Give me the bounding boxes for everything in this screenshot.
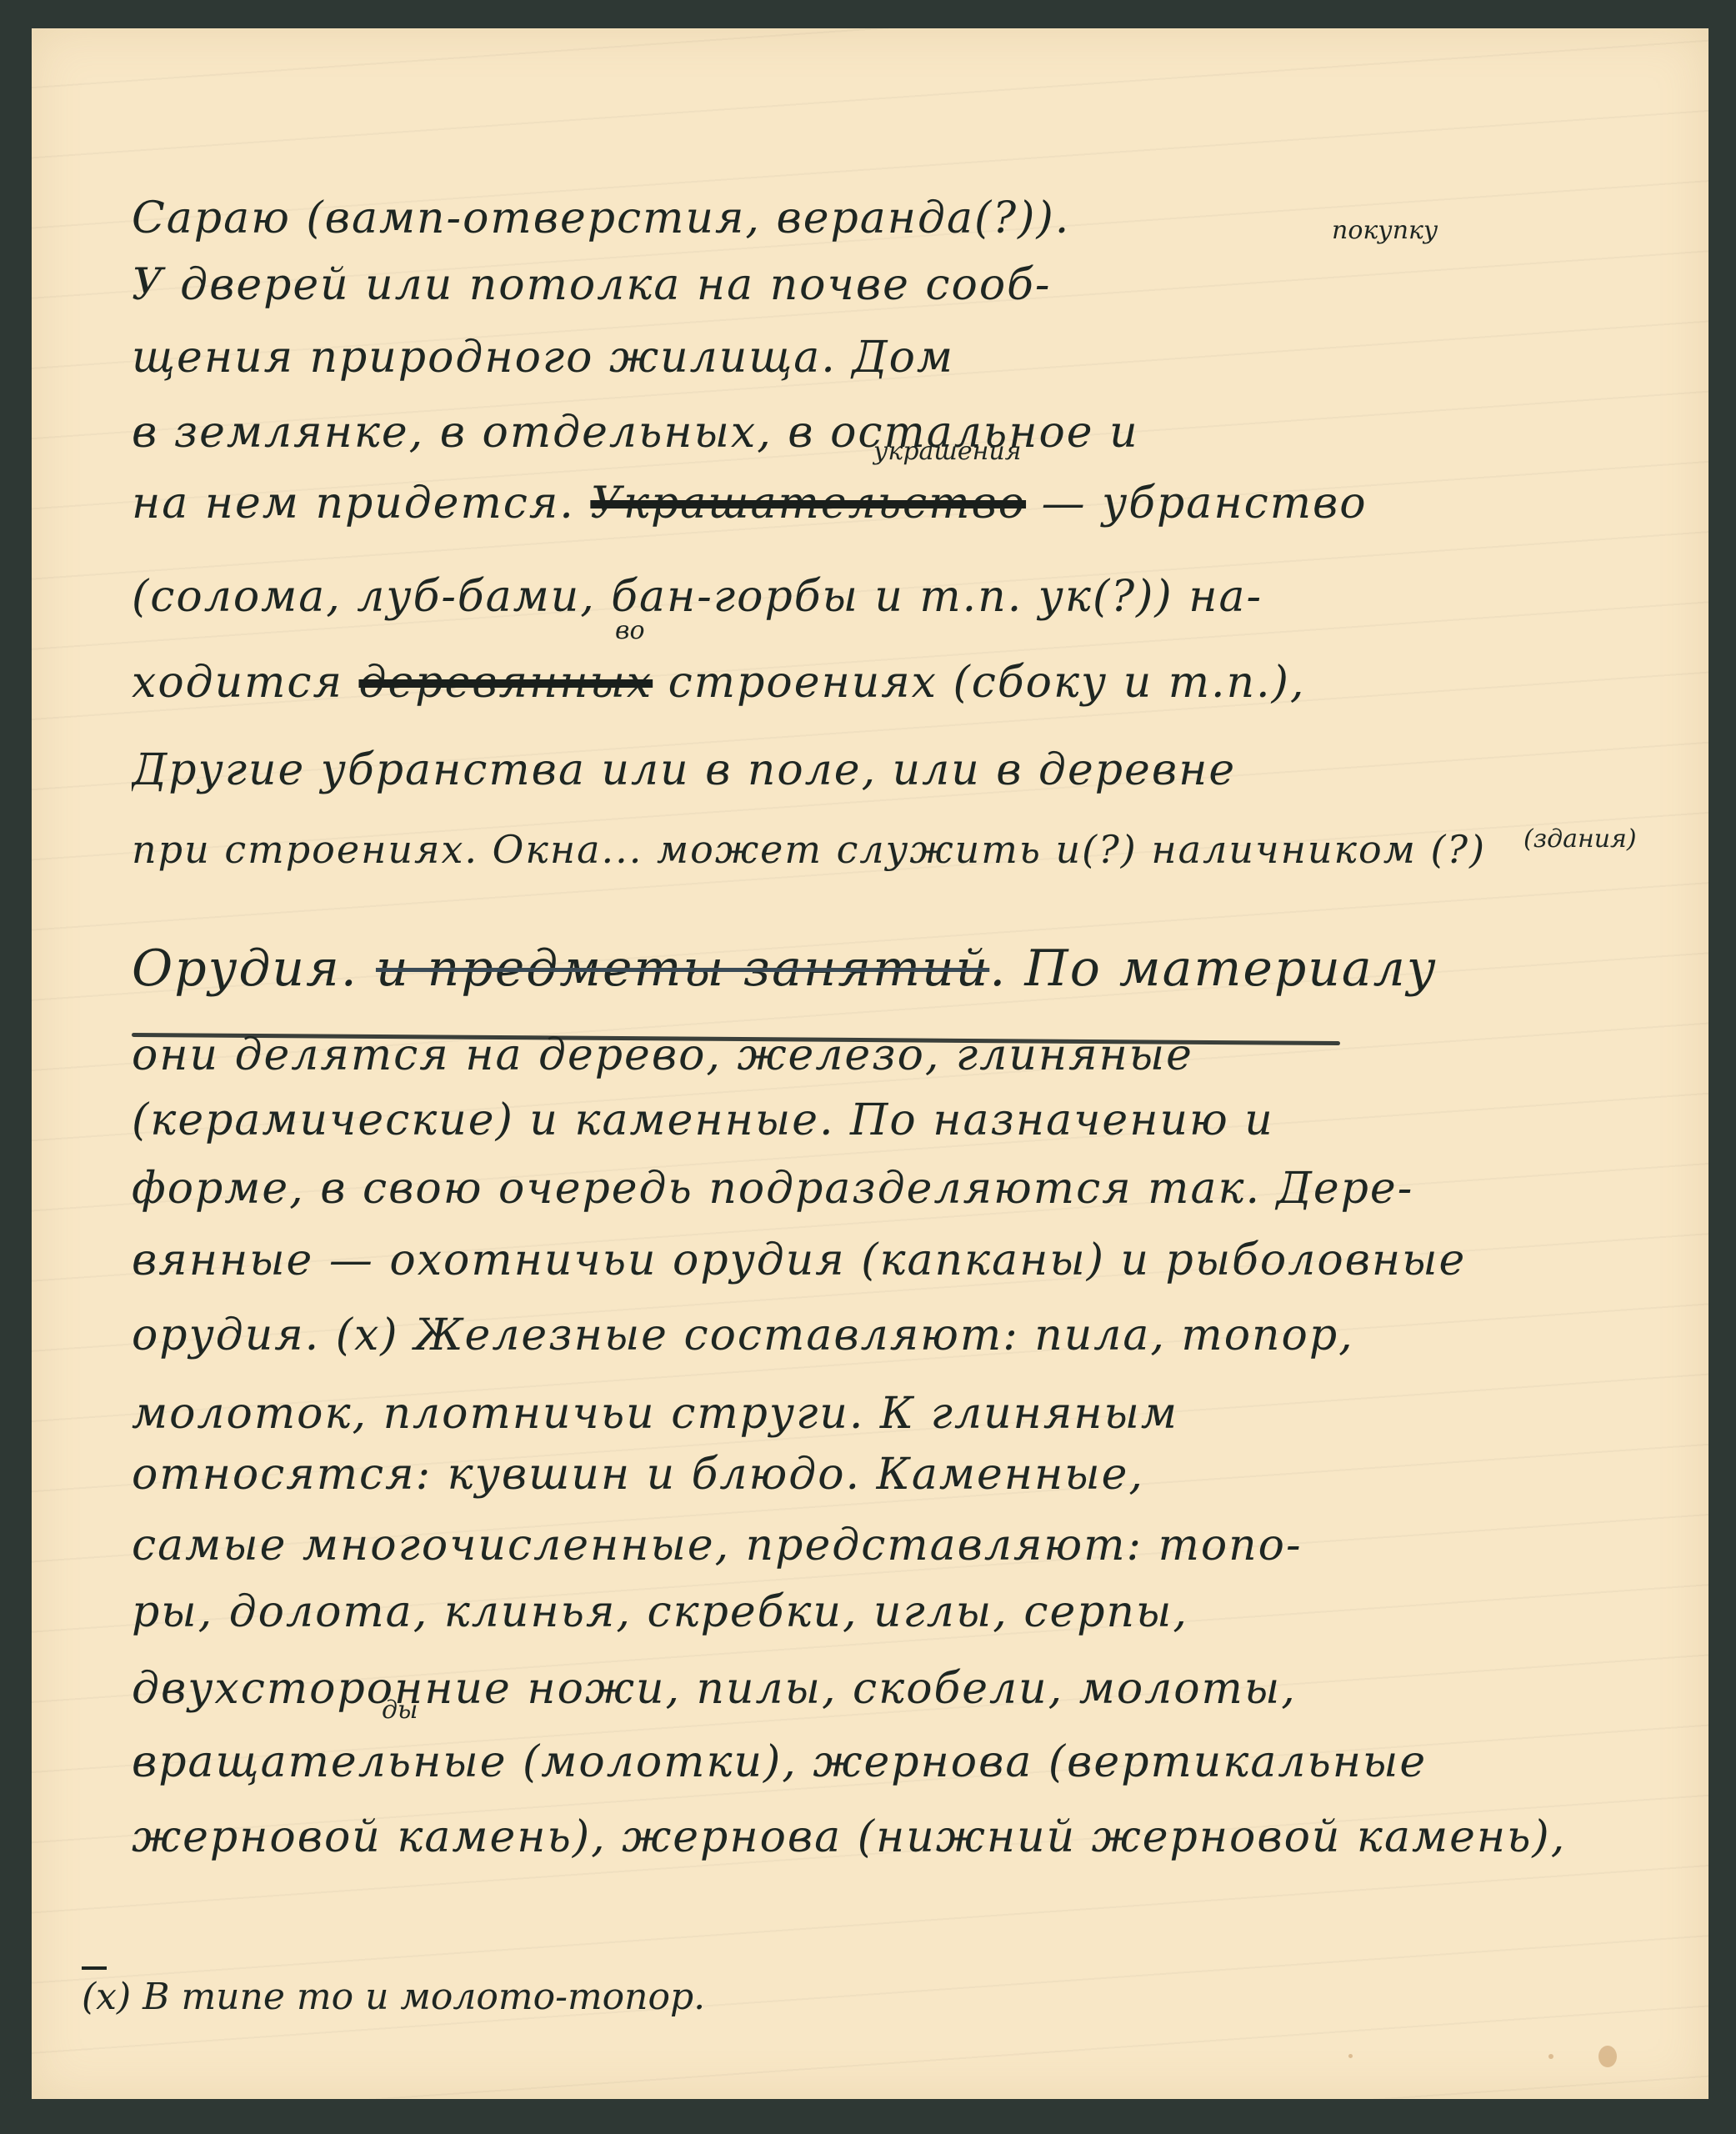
manuscript-line-21: вращательные (молотки), жернова (вертика… — [132, 1729, 1675, 1796]
ink-speck — [1548, 2054, 1553, 2059]
manuscript-line-19: ры, долота, клинья, скребки, иглы, серпы… — [132, 1579, 1675, 1646]
manuscript-line-9: при строениях. Окна... может служить и(?… — [132, 816, 1675, 883]
manuscript-line-15: орудия. (х) Железные составляют: пила, т… — [132, 1302, 1675, 1369]
footnote-rule — [82, 1966, 107, 1970]
struck-text: Украшательство — [590, 478, 1026, 528]
manuscript-page: Сараю (вамп-отверстия, веранда(?)). поку… — [32, 28, 1708, 2099]
manuscript-line-16: молоток, плотничьи струги. К глиняным — [132, 1380, 1675, 1447]
line-text: вянные — охотничьи орудия (капканы) и ры… — [132, 1235, 1466, 1285]
line-text: (керамические) и каменные. По назначению… — [132, 1095, 1274, 1145]
interlinear-insertion: покупку — [1332, 216, 1438, 245]
line-text: жерновой камень), жернова (нижний жернов… — [132, 1812, 1566, 1862]
interlinear-insertion: во — [615, 616, 645, 645]
manuscript-line-2: У дверей или потолка на почве сооб- — [132, 252, 1675, 318]
interlinear-insertion: украшения — [873, 437, 1022, 466]
line-text: У дверей или потолка на почве сооб- — [132, 260, 1051, 310]
line-text: ры, долота, клинья, скребки, иглы, серпы… — [132, 1587, 1188, 1637]
manuscript-line-12: (керамические) и каменные. По назначению… — [132, 1087, 1675, 1154]
line-text: самые многочисленные, представляют: топо… — [132, 1520, 1303, 1570]
line-text: молоток, плотничьи струги. К глиняным — [132, 1389, 1178, 1439]
manuscript-line-8: Другие убранства или в поле, или в дерев… — [132, 737, 1675, 804]
line-text: двухсторонние ножи, пилы, скобели, молот… — [132, 1664, 1297, 1714]
interlinear-insertion: ды — [382, 1696, 418, 1725]
manuscript-line-14: вянные — охотничьи орудия (капканы) и ры… — [132, 1227, 1675, 1294]
line-text: щения природного жилища. Дом — [132, 333, 954, 383]
manuscript-line-11: они делятся на дерево, железо, глиняные — [132, 1022, 1675, 1089]
manuscript-line-1: Сараю (вамп-отверстия, веранда(?)). — [132, 185, 1675, 252]
line-text: при строениях. Окна... может служить и(?… — [132, 827, 1486, 872]
manuscript-line-5: на нем придется. Украшательство — убранс… — [132, 470, 1675, 537]
manuscript-line-17: относятся: кувшин и блюдо. Каменные, — [132, 1441, 1675, 1508]
manuscript-line-3: щения природного жилища. Дом — [132, 324, 1675, 391]
line-text: форме, в свою очередь подразделяются так… — [132, 1164, 1413, 1214]
manuscript-line-7: ходится деревянных строениях (сбоку и т.… — [132, 649, 1675, 716]
struck-text: и предметы занятий — [376, 939, 989, 998]
line-text: относятся: кувшин и блюдо. Каменные, — [132, 1450, 1144, 1500]
line-text: орудия. (х) Железные составляют: пила, т… — [132, 1310, 1354, 1360]
line-text: они делятся на дерево, железо, глиняные — [132, 1030, 1193, 1080]
footnote: (х) В типе то и молото-топор. — [82, 1976, 705, 2018]
section-heading-tools: Орудия. и предметы занятий. По материалу — [132, 935, 1675, 1002]
ink-speck — [1348, 2054, 1353, 2058]
manuscript-line-18: самые многочисленные, представляют: топо… — [132, 1512, 1675, 1579]
manuscript-line-20: двухсторонние ножи, пилы, скобели, молот… — [132, 1656, 1675, 1722]
ink-stain — [1598, 2046, 1617, 2067]
manuscript-line-6: (солома, луб-бами, бан-горбы и т.п. ук(?… — [132, 564, 1675, 630]
struck-text: деревянных — [358, 658, 653, 708]
line-text: вращательные (молотки), жернова (вертика… — [132, 1737, 1427, 1787]
manuscript-line-13: форме, в свою очередь подразделяются так… — [132, 1155, 1675, 1222]
line-text: Сараю (вамп-отверстия, веранда(?)). — [132, 193, 1070, 243]
line-text: (солома, луб-бами, бан-горбы и т.п. ук(?… — [132, 572, 1263, 622]
manuscript-line-22: жерновой камень), жернова (нижний жернов… — [132, 1804, 1675, 1871]
line-text: Другие убранства или в поле, или в дерев… — [132, 745, 1236, 795]
